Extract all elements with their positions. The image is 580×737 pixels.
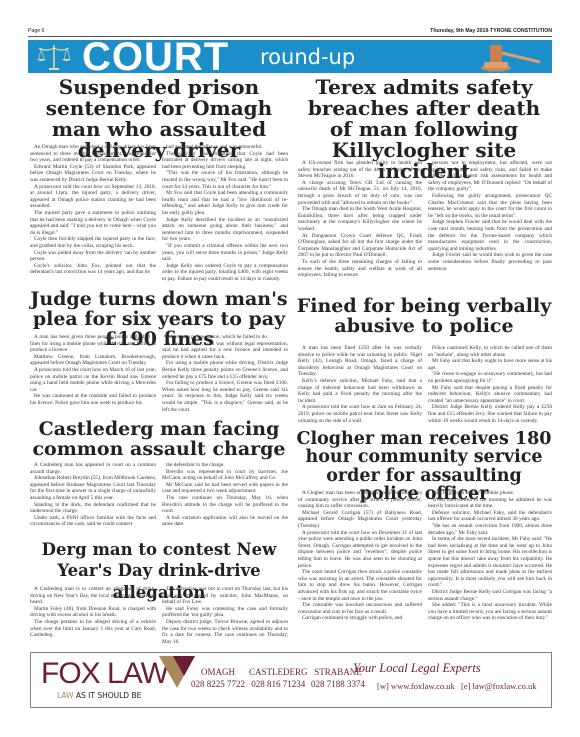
article-clogher-col1: A Clogher man has been ordered to comple… bbox=[298, 490, 422, 622]
paragraph: the defendant to the charge. bbox=[162, 462, 288, 469]
paragraph: When interviewed in the morning he admit… bbox=[428, 497, 552, 510]
paragraph: A man has been fined £250 after he was v… bbox=[298, 345, 422, 378]
banner-subtitle: round-up bbox=[260, 45, 355, 69]
fox-law-advert[interactable]: FOX LAW LAW AS IT SHOULD BE OMAGH 028 82… bbox=[30, 652, 552, 708]
paragraph: In terms of the most recent incident, Mr… bbox=[428, 536, 552, 589]
paragraph: Under oath, a PSNI officer familiar with… bbox=[30, 515, 156, 528]
paragraph: Standing in the dock, the defendant conf… bbox=[30, 502, 156, 515]
fox-law-logo: FOX LAW bbox=[41, 657, 168, 691]
paragraph: The court heard Corrigan then struck a p… bbox=[298, 569, 422, 602]
fox-law-tagline: LAW AS IT SHOULD BE bbox=[57, 691, 141, 700]
paragraph: Judge Fowler said he would then wish to … bbox=[428, 252, 552, 272]
office-town: CASTLEDERG bbox=[249, 666, 308, 678]
paragraph: A US-owned firm has pleaded guilty to he… bbox=[298, 160, 422, 180]
advert-email-link[interactable]: [e] law@foxlaw.co.uk bbox=[461, 681, 536, 691]
paragraph: A man has been given three penalty point… bbox=[30, 334, 156, 354]
banner-title: COURT bbox=[82, 40, 229, 73]
paragraph: "If you commit a criminal offence within… bbox=[162, 243, 288, 263]
article-terex-col2: persons not in employment, but affected,… bbox=[428, 160, 552, 272]
advert-website-link[interactable]: [w] www.foxlaw.co.uk bbox=[377, 681, 455, 691]
paragraph: The charge pertains to his alleged drivi… bbox=[30, 619, 156, 639]
paragraph: He said Foley was contesting the case an… bbox=[162, 606, 288, 619]
paragraph: For using a mobile phone while driving, … bbox=[162, 360, 288, 380]
article-plea-col2: licence at a police station, which he fa… bbox=[162, 334, 288, 413]
article-abusive-col1: A man has been fined £250 after he was v… bbox=[298, 345, 422, 424]
paragraph: Judge Kelly described the incident as an… bbox=[162, 217, 288, 243]
paragraph: A Castlederg man has appeared in court o… bbox=[30, 462, 156, 475]
paragraph: had accepted the offence and was remorse… bbox=[162, 144, 288, 151]
paragraph: Martin Foley (48), from Dreenan Road, is… bbox=[30, 606, 156, 619]
paragraph: He was cautioned at the roadside and fai… bbox=[30, 393, 156, 406]
paragraph: She added: "This is a most unsavoury inc… bbox=[428, 602, 552, 622]
paragraph: A charge accusing Terex GB Ltd of causin… bbox=[298, 180, 422, 206]
paragraph: Mr Fox said that Coyle had been attendin… bbox=[162, 190, 288, 216]
paragraph: A Castlederg man is to contest an allega… bbox=[30, 586, 156, 606]
paragraph: Matthew Greene, from Lisnalore, Brookebo… bbox=[30, 354, 156, 367]
paragraph: District Judge Bernie Kelly ordered Kell… bbox=[428, 404, 552, 424]
paragraph: Breydin was represented in court by barr… bbox=[162, 469, 288, 482]
paragraph: Defence solicitor, Michael Fahy, said th… bbox=[428, 510, 552, 523]
paragraph: persons not in employment, but affected,… bbox=[428, 160, 552, 193]
office-phone[interactable]: 028 7188 3374 bbox=[311, 678, 365, 690]
paragraph: Kelly's defence solicitor, Michael Fahy,… bbox=[298, 378, 422, 404]
paragraph: licence at a police station, which he fa… bbox=[162, 334, 288, 341]
paragraph: A bail variation application will also b… bbox=[162, 515, 288, 528]
scales-of-justice-icon bbox=[36, 43, 72, 71]
dateline: Thursday, 9th May 2019-TYRONE CONSTITUTI… bbox=[430, 28, 552, 34]
paragraph: To each of the three remaining charges o… bbox=[298, 259, 422, 279]
paragraph: The defendant was not in court on Thursd… bbox=[162, 586, 288, 606]
article-clogher-col2: tried to grab an officer's mobile phone.… bbox=[428, 490, 552, 622]
paragraph: A prosecutor told the court how on Septe… bbox=[30, 184, 156, 210]
paragraph: At Dungannon Crown Court defence QC, Fra… bbox=[298, 233, 422, 259]
paragraph: Mr Fahy said that despite paying a fixed… bbox=[428, 385, 552, 405]
paragraph: A prosecutor told the court how on March… bbox=[30, 367, 156, 393]
tagline-rest: AS IT SHOULD BE bbox=[74, 691, 142, 700]
paragraph: For failing to produce a licence, Greene… bbox=[162, 380, 288, 413]
paragraph: "He has an assault conviction from 1990,… bbox=[428, 523, 552, 536]
page-number: Page 6 bbox=[28, 28, 44, 34]
paragraph: Judge Kelly also ordered Coyle to pay a … bbox=[162, 263, 288, 283]
article-abusive-col2: Police cautioned Kelly, to which he call… bbox=[428, 345, 552, 424]
paragraph: Coyle's solicitor, John Fox, pointed out… bbox=[30, 263, 156, 276]
article-derg-col2: The defendant was not in court on Thursd… bbox=[162, 586, 288, 645]
gavel-icon bbox=[476, 42, 542, 72]
paragraph: Edward Martin Coyle (53) of Shandon Park… bbox=[30, 164, 156, 184]
paragraph: A prosecutor told the court how at 2am o… bbox=[298, 404, 422, 424]
paragraph: "He chose to engage in unsavoury comment… bbox=[428, 371, 552, 384]
paragraph: The Omagh man died in the South West Acu… bbox=[298, 206, 422, 232]
paragraph: Johnathan Robert Breydin (55), from Mill… bbox=[30, 475, 156, 501]
paragraph: Deputy district judge, Trevor Browne, ag… bbox=[162, 619, 288, 645]
paragraph: Mr Fahy said that Kelly ought to have mo… bbox=[428, 358, 552, 371]
article-suspended-col2: had accepted the offence and was remorse… bbox=[162, 144, 288, 282]
office-town: OMAGH bbox=[191, 666, 245, 678]
article-castlederg-col1: A Castlederg man has appeared in court o… bbox=[30, 462, 156, 528]
article-terex-col1: A US-owned firm has pleaded guilty to he… bbox=[298, 160, 422, 279]
paragraph: "This was the source of his frustration,… bbox=[162, 170, 288, 190]
paragraph: The case continues on Thursday, May 16, … bbox=[162, 495, 288, 515]
paragraph: A Clogher man has been ordered to comple… bbox=[298, 490, 422, 510]
paragraph: The constable was knocked unconscious an… bbox=[298, 602, 422, 615]
paragraph: The solicitor also explained that Coyle … bbox=[162, 151, 288, 171]
tagline-law: LAW bbox=[57, 691, 74, 700]
article-castlederg-col2: the defendant to the charge. Breydin was… bbox=[162, 462, 288, 528]
paragraph: tried to grab an officer's mobile phone. bbox=[428, 490, 552, 497]
headline-castlederg-assault: Castlederg man facing common assault cha… bbox=[28, 420, 290, 460]
paragraph: Police cautioned Kelly, to which he call… bbox=[428, 345, 552, 358]
office-phone[interactable]: 028 816 71234 bbox=[249, 678, 308, 690]
headline-verbally-abusive: Fined for being verbally abusive to poli… bbox=[296, 297, 552, 337]
page-header: Page 6 Thursday, 9th May 2019-TYRONE CON… bbox=[28, 28, 552, 37]
article-suspended-col1: An Omagh man who assaulted a delivery dr… bbox=[30, 144, 156, 276]
paragraph: A prosecutor told the court how on Decem… bbox=[298, 530, 422, 570]
paragraph: Mr McCann said he had been served with p… bbox=[162, 482, 288, 495]
paragraph: Coyle was pulled away from the delivery … bbox=[30, 250, 156, 263]
article-derg-col1: A Castlederg man is to contest an allega… bbox=[30, 586, 156, 639]
office-phone[interactable]: 028 8225 7722 bbox=[191, 678, 245, 690]
advert-slogan: Your Local Legal Experts bbox=[353, 661, 481, 676]
paragraph: An Omagh man who assaulted a delivery dr… bbox=[30, 144, 156, 164]
paragraph: The injured party gave a statement to po… bbox=[30, 210, 156, 236]
fox-law-triangle-logo-icon bbox=[159, 656, 195, 688]
office-castlederg: CASTLEDERG 028 816 71234 bbox=[249, 666, 308, 690]
paragraph: In court, Greene, who was without legal … bbox=[162, 341, 288, 361]
office-omagh: OMAGH 028 8225 7722 bbox=[191, 666, 245, 690]
court-roundup-banner: COURT round-up bbox=[28, 40, 552, 73]
paragraph: Judge Stephen Fowler said that he would … bbox=[428, 219, 552, 252]
paragraph: Following the guilty arraignment, prosec… bbox=[428, 193, 552, 219]
paragraph: Michael Gerald Corrigan (57) of Ballynes… bbox=[298, 510, 422, 530]
paragraph: District Judge Bernie Kelly said Corriga… bbox=[428, 589, 552, 602]
paragraph: Corrigan continued to struggle with poli… bbox=[298, 615, 422, 622]
article-plea-col1: A man has been given three penalty point… bbox=[30, 334, 156, 407]
paragraph: Coyle then forcibly slapped the injured … bbox=[30, 236, 156, 249]
